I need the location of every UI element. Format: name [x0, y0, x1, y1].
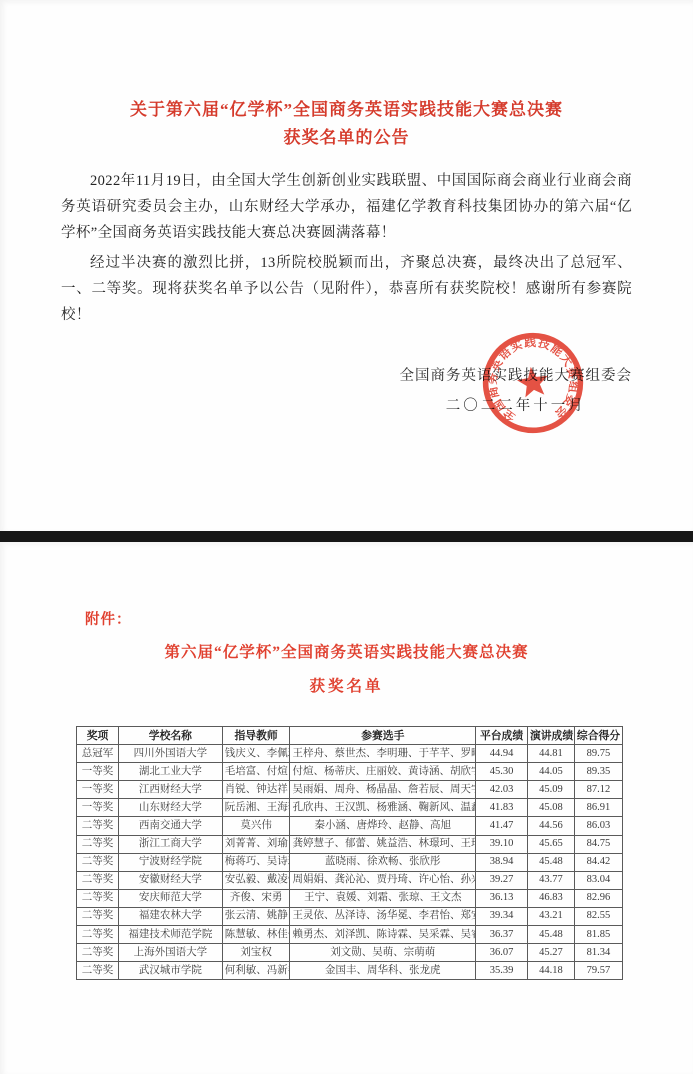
table-cell: 安弘毅、戴凌儆	[222, 871, 290, 889]
table-cell: 38.94	[476, 853, 528, 871]
signature-block: 全国商务英语实践技能大赛组委会 二〇二二年十一月	[400, 364, 633, 415]
table-cell: 82.96	[574, 889, 622, 907]
table-cell: 45.08	[527, 799, 574, 817]
table-cell: 山东财经大学	[119, 799, 223, 817]
table-row: 二等奖宁波财经学院梅蒋巧、吴诗琼蓝晓雨、徐欢畅、张欣彤38.9445.4884.…	[77, 853, 623, 871]
announcement-title: 关于第六届“亿学杯”全国商务英语实践技能大赛总决赛 获奖名单的公告	[0, 96, 693, 152]
table-cell: 84.42	[574, 853, 622, 871]
table-cell: 张云清、姚静	[222, 907, 290, 925]
table-row: 二等奖福建农林大学张云清、姚静王灵依、丛泽诗、汤华冕、李君怡、郑安哲39.344…	[77, 907, 623, 925]
table-cell: 梅蒋巧、吴诗琼	[222, 853, 290, 871]
table-cell: 武汉城市学院	[119, 962, 223, 980]
table-cell: 39.10	[476, 835, 528, 853]
table-cell: 刘文勋、吴萌、宗萌萌	[290, 944, 476, 962]
attachment-page: 附件： 第六届“亿学杯”全国商务英语实践技能大赛总决赛 获奖名单 奖项学校名称指…	[0, 542, 693, 1074]
table-cell: 王宁、袁媛、刘霜、张琼、王文杰	[290, 889, 476, 907]
announcement-paragraph-2: 经过半决赛的激烈比拼，13所院校脱颖而出，齐聚总决赛，最终决出了总冠军、一、二等…	[61, 250, 632, 328]
table-cell: 二等奖	[77, 889, 119, 907]
table-cell: 付煊、杨蒂庆、庄丽姣、黄诗涵、胡欣宇	[290, 763, 476, 781]
table-cell: 44.05	[527, 763, 574, 781]
table-cell: 81.85	[574, 926, 622, 944]
table-cell: 齐俊、宋勇	[222, 889, 290, 907]
table-row: 二等奖安庆师范大学齐俊、宋勇王宁、袁媛、刘霜、张琼、王文杰36.1346.838…	[77, 889, 623, 907]
table-cell: 肖锐、钟达祥	[222, 781, 290, 799]
document-canvas: 关于第六届“亿学杯”全国商务英语实践技能大赛总决赛 获奖名单的公告 2022年1…	[0, 0, 693, 1074]
table-cell: 秦小涵、唐烨玲、赵静、高旭	[290, 817, 476, 835]
table-cell: 刘菁菁、刘瑜	[222, 835, 290, 853]
column-header: 学校名称	[119, 727, 223, 745]
table-cell: 45.09	[527, 781, 574, 799]
table-cell: 45.65	[527, 835, 574, 853]
table-cell: 89.75	[574, 745, 622, 763]
table-cell: 45.30	[476, 763, 528, 781]
table-cell: 福建农林大学	[119, 907, 223, 925]
table-cell: 江西财经大学	[119, 781, 223, 799]
signature-date: 二〇二二年十一月	[400, 394, 633, 415]
table-cell: 36.37	[476, 926, 528, 944]
table-cell: 二等奖	[77, 944, 119, 962]
table-cell: 安徽财经大学	[119, 871, 223, 889]
table-cell: 赖勇杰、刘泽凯、陈诗霖、吴采霖、吴睿冰	[290, 926, 476, 944]
table-cell: 陈慧敏、林佳佳	[222, 926, 290, 944]
table-cell: 36.13	[476, 889, 528, 907]
table-cell: 蓝晓雨、徐欢畅、张欣彤	[290, 853, 476, 871]
table-cell: 89.35	[574, 763, 622, 781]
table-cell: 莫兴伟	[222, 817, 290, 835]
table-cell: 二等奖	[77, 962, 119, 980]
table-cell: 浙江工商大学	[119, 835, 223, 853]
column-header: 参赛选手	[290, 727, 476, 745]
table-cell: 何利敏、冯新艳	[222, 962, 290, 980]
table-cell: 周娟娟、龚沁沁、贾丹琦、许心怡、孙兴雨	[290, 871, 476, 889]
table-cell: 金国丰、周华科、张龙虎	[290, 962, 476, 980]
table-row: 二等奖安徽财经大学安弘毅、戴凌儆周娟娟、龚沁沁、贾丹琦、许心怡、孙兴雨39.27…	[77, 871, 623, 889]
announcement-title-line2: 获奖名单的公告	[0, 124, 693, 152]
table-cell: 79.57	[574, 962, 622, 980]
column-header: 平台成绩	[476, 727, 528, 745]
table-cell: 阮岳湘、王海萍	[222, 799, 290, 817]
table-cell: 一等奖	[77, 763, 119, 781]
attachment-title-line2: 获奖名单	[0, 674, 693, 696]
table-row: 二等奖西南交通大学莫兴伟秦小涵、唐烨玲、赵静、高旭41.4744.5686.03	[77, 817, 623, 835]
table-cell: 35.39	[476, 962, 528, 980]
table-cell: 43.77	[527, 871, 574, 889]
signature-organization: 全国商务英语实践技能大赛组委会	[400, 364, 633, 385]
table-cell: 二等奖	[77, 835, 119, 853]
attachment-title-line1: 第六届“亿学杯”全国商务英语实践技能大赛总决赛	[0, 640, 693, 662]
table-cell: 钱庆义、李佩瑾	[222, 745, 290, 763]
table-cell: 83.04	[574, 871, 622, 889]
announcement-body: 2022年11月19日，由全国大学生创新创业实践联盟、中国国际商会商业行业商会商…	[61, 168, 632, 328]
table-cell: 44.94	[476, 745, 528, 763]
table-cell: 安庆师范大学	[119, 889, 223, 907]
table-cell: 上海外国语大学	[119, 944, 223, 962]
table-cell: 44.56	[527, 817, 574, 835]
table-cell: 吴雨娟、周舟、杨晶晶、詹若辰、周天宇	[290, 781, 476, 799]
table-cell: 西南交通大学	[119, 817, 223, 835]
table-cell: 46.83	[527, 889, 574, 907]
table-cell: 39.34	[476, 907, 528, 925]
table-cell: 二等奖	[77, 907, 119, 925]
column-header: 综合得分	[574, 727, 622, 745]
table-cell: 39.27	[476, 871, 528, 889]
table-cell: 王梓舟、蔡世杰、李明珊、于芊芊、罗曦	[290, 745, 476, 763]
table-cell: 84.75	[574, 835, 622, 853]
table-cell: 86.91	[574, 799, 622, 817]
table-cell: 二等奖	[77, 871, 119, 889]
table-row: 二等奖浙江工商大学刘菁菁、刘瑜龚婷慧子、郁蕾、姚益浩、林璟珂、王瑞瑛39.104…	[77, 835, 623, 853]
table-cell: 龚婷慧子、郁蕾、姚益浩、林璟珂、王瑞瑛	[290, 835, 476, 853]
table-cell: 二等奖	[77, 817, 119, 835]
table-cell: 刘宝权	[222, 944, 290, 962]
table-cell: 湖北工业大学	[119, 763, 223, 781]
table-cell: 孔欣冉、王汉凯、杨雅涵、鞠新风、温鑫	[290, 799, 476, 817]
table-cell: 41.47	[476, 817, 528, 835]
table-row: 一等奖江西财经大学肖锐、钟达祥吴雨娟、周舟、杨晶晶、詹若辰、周天宇42.0345…	[77, 781, 623, 799]
table-cell: 福建技术师范学院	[119, 926, 223, 944]
table-row: 二等奖福建技术师范学院陈慧敏、林佳佳赖勇杰、刘泽凯、陈诗霖、吴采霖、吴睿冰36.…	[77, 926, 623, 944]
table-cell: 44.18	[527, 962, 574, 980]
announcement-paragraph-1: 2022年11月19日，由全国大学生创新创业实践联盟、中国国际商会商业行业商会商…	[61, 168, 632, 246]
table-cell: 总冠军	[77, 745, 119, 763]
table-cell: 86.03	[574, 817, 622, 835]
table-cell: 36.07	[476, 944, 528, 962]
attachment-label: 附件：	[85, 608, 132, 629]
table-cell: 42.03	[476, 781, 528, 799]
table-cell: 87.12	[574, 781, 622, 799]
column-header: 指导教师	[222, 727, 290, 745]
table-cell: 41.83	[476, 799, 528, 817]
column-header: 奖项	[77, 727, 119, 745]
table-row: 二等奖武汉城市学院何利敏、冯新艳金国丰、周华科、张龙虎35.3944.1879.…	[77, 962, 623, 980]
table-row: 一等奖山东财经大学阮岳湘、王海萍孔欣冉、王汉凯、杨雅涵、鞠新风、温鑫41.834…	[77, 799, 623, 817]
table-cell: 一等奖	[77, 781, 119, 799]
table-cell: 四川外国语大学	[119, 745, 223, 763]
table-cell: 王灵依、丛泽诗、汤华冕、李君怡、郑安哲	[290, 907, 476, 925]
table-cell: 二等奖	[77, 926, 119, 944]
table-header-row: 奖项学校名称指导教师参赛选手平台成绩演讲成绩综合得分	[77, 727, 623, 745]
column-header: 演讲成绩	[527, 727, 574, 745]
table-cell: 毛培富、付煊	[222, 763, 290, 781]
table-cell: 45.48	[527, 926, 574, 944]
table-cell: 43.21	[527, 907, 574, 925]
table-row: 二等奖上海外国语大学刘宝权刘文勋、吴萌、宗萌萌36.0745.2781.34	[77, 944, 623, 962]
announcement-page: 关于第六届“亿学杯”全国商务英语实践技能大赛总决赛 获奖名单的公告 2022年1…	[0, 0, 693, 531]
table-cell: 82.55	[574, 907, 622, 925]
table-cell: 一等奖	[77, 799, 119, 817]
table-cell: 宁波财经学院	[119, 853, 223, 871]
table-cell: 81.34	[574, 944, 622, 962]
table-cell: 二等奖	[77, 853, 119, 871]
table-cell: 44.81	[527, 745, 574, 763]
table-cell: 45.48	[527, 853, 574, 871]
announcement-title-line1: 关于第六届“亿学杯”全国商务英语实践技能大赛总决赛	[0, 96, 693, 124]
award-results-table: 奖项学校名称指导教师参赛选手平台成绩演讲成绩综合得分 总冠军四川外国语大学钱庆义…	[76, 726, 623, 980]
page-separator-bar	[0, 531, 693, 542]
table-cell: 45.27	[527, 944, 574, 962]
table-row: 总冠军四川外国语大学钱庆义、李佩瑾王梓舟、蔡世杰、李明珊、于芊芊、罗曦44.94…	[77, 745, 623, 763]
table-row: 一等奖湖北工业大学毛培富、付煊付煊、杨蒂庆、庄丽姣、黄诗涵、胡欣宇45.3044…	[77, 763, 623, 781]
